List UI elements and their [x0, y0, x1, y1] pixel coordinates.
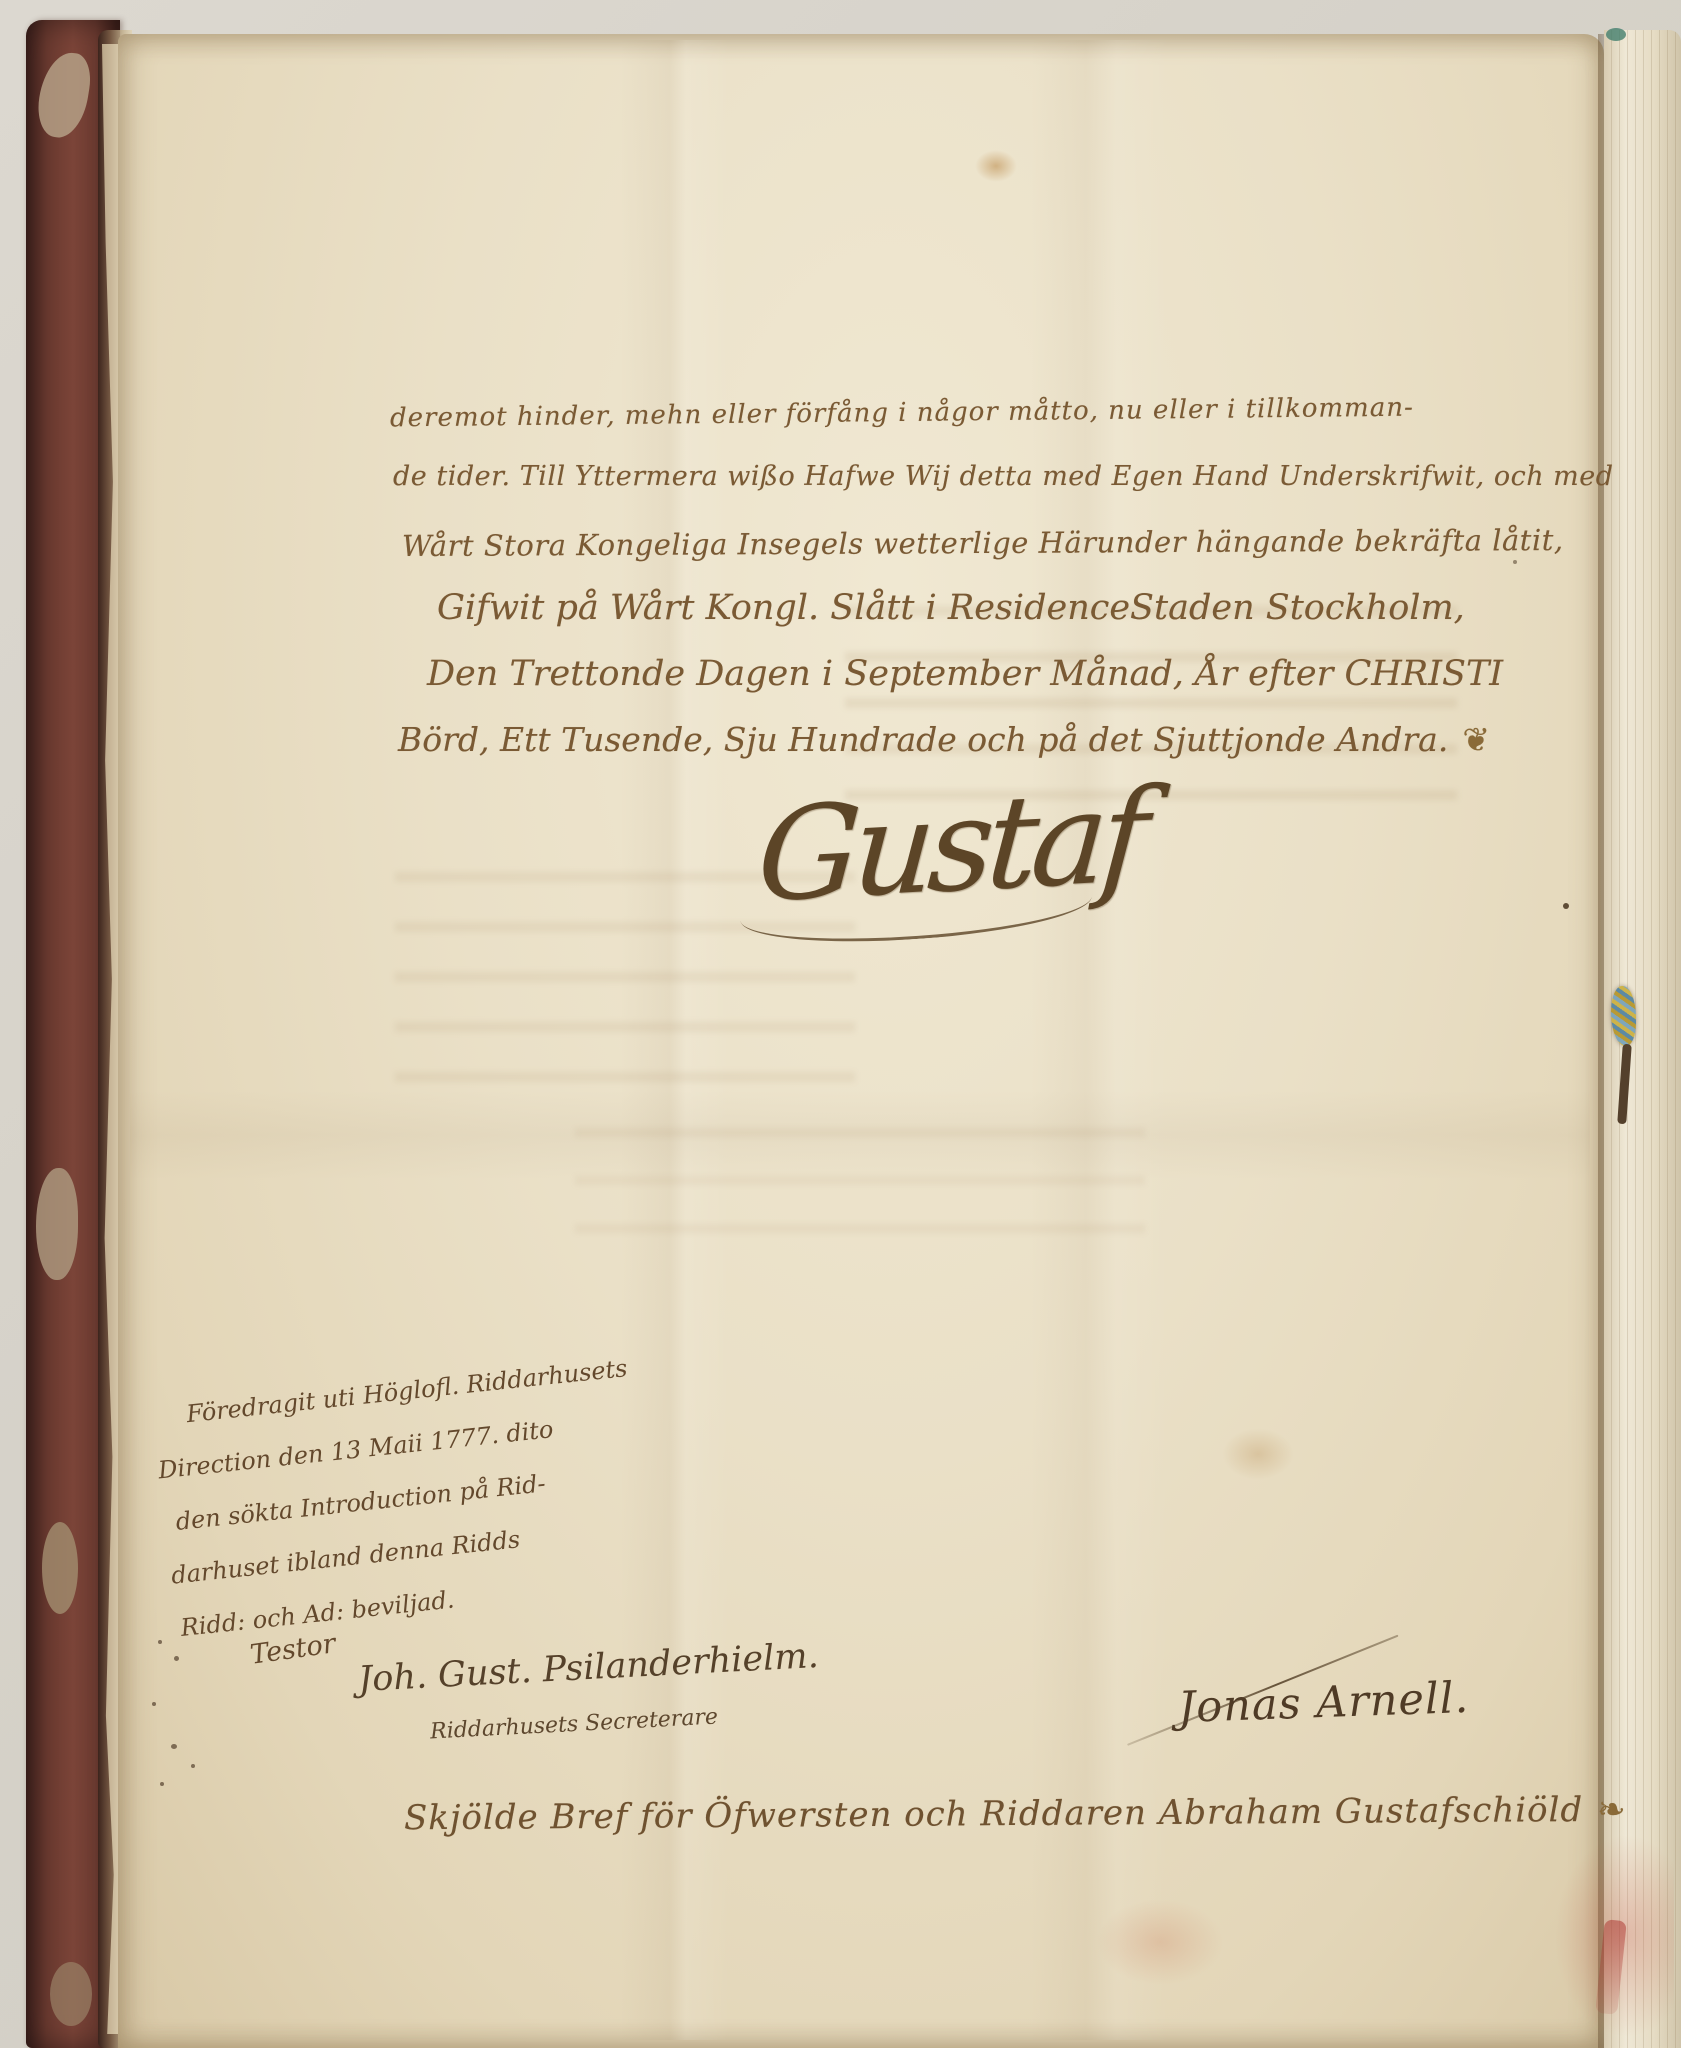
- manuscript-line-5: Den Trettonde Dagen i September Månad, Å…: [427, 654, 1503, 694]
- flourish-icon: ❦: [1462, 720, 1490, 759]
- ink-spatter-dot: [174, 1656, 179, 1661]
- page-edge-stack: [1604, 30, 1681, 2048]
- ink-fleck: [1563, 903, 1569, 909]
- ink-fleck: [1513, 560, 1517, 564]
- manuscript-line-6: Börd, Ett Tusende, Sju Hundrade och på d…: [398, 720, 1490, 759]
- marbled-endpaper-fragment: [1611, 986, 1636, 1046]
- manuscript-line-3: Wårt Stora Kongeliga Insegels wetterlige…: [402, 523, 1564, 563]
- manuscript-line-4: Gifwit på Wårt Kongl. Slått i ResidenceS…: [437, 588, 1465, 628]
- counter-signature-jonas-arnell: Jonas Arnell.: [1177, 1673, 1470, 1733]
- docket-title-line: Skjölde Bref för Öfwersten och Riddaren …: [404, 1790, 1627, 1839]
- cover-wear-patch: [36, 1168, 78, 1280]
- ink-spatter-dot: [152, 1702, 156, 1706]
- ink-spatter-dot: [191, 1764, 195, 1768]
- ink-spatter-dot: [171, 1744, 177, 1749]
- flourish-icon: ❧: [1597, 1790, 1627, 1830]
- parchment-page: [118, 34, 1604, 2048]
- cover-wear-patch: [50, 1962, 92, 2026]
- manuscript-line-2: de tider. Till Yttermera wißo Hafwe Wij …: [393, 461, 1614, 492]
- manuscript-line-6-text: Börd, Ett Tusende, Sju Hundrade och på d…: [398, 720, 1448, 759]
- cover-wear-patch: [42, 1522, 78, 1614]
- ink-spatter-dot: [160, 1782, 164, 1786]
- ink-spatter-dot: [158, 1640, 162, 1644]
- docket-text: Skjölde Bref för Öfwersten och Riddaren …: [404, 1790, 1583, 1838]
- headband-fragment: [1606, 28, 1626, 41]
